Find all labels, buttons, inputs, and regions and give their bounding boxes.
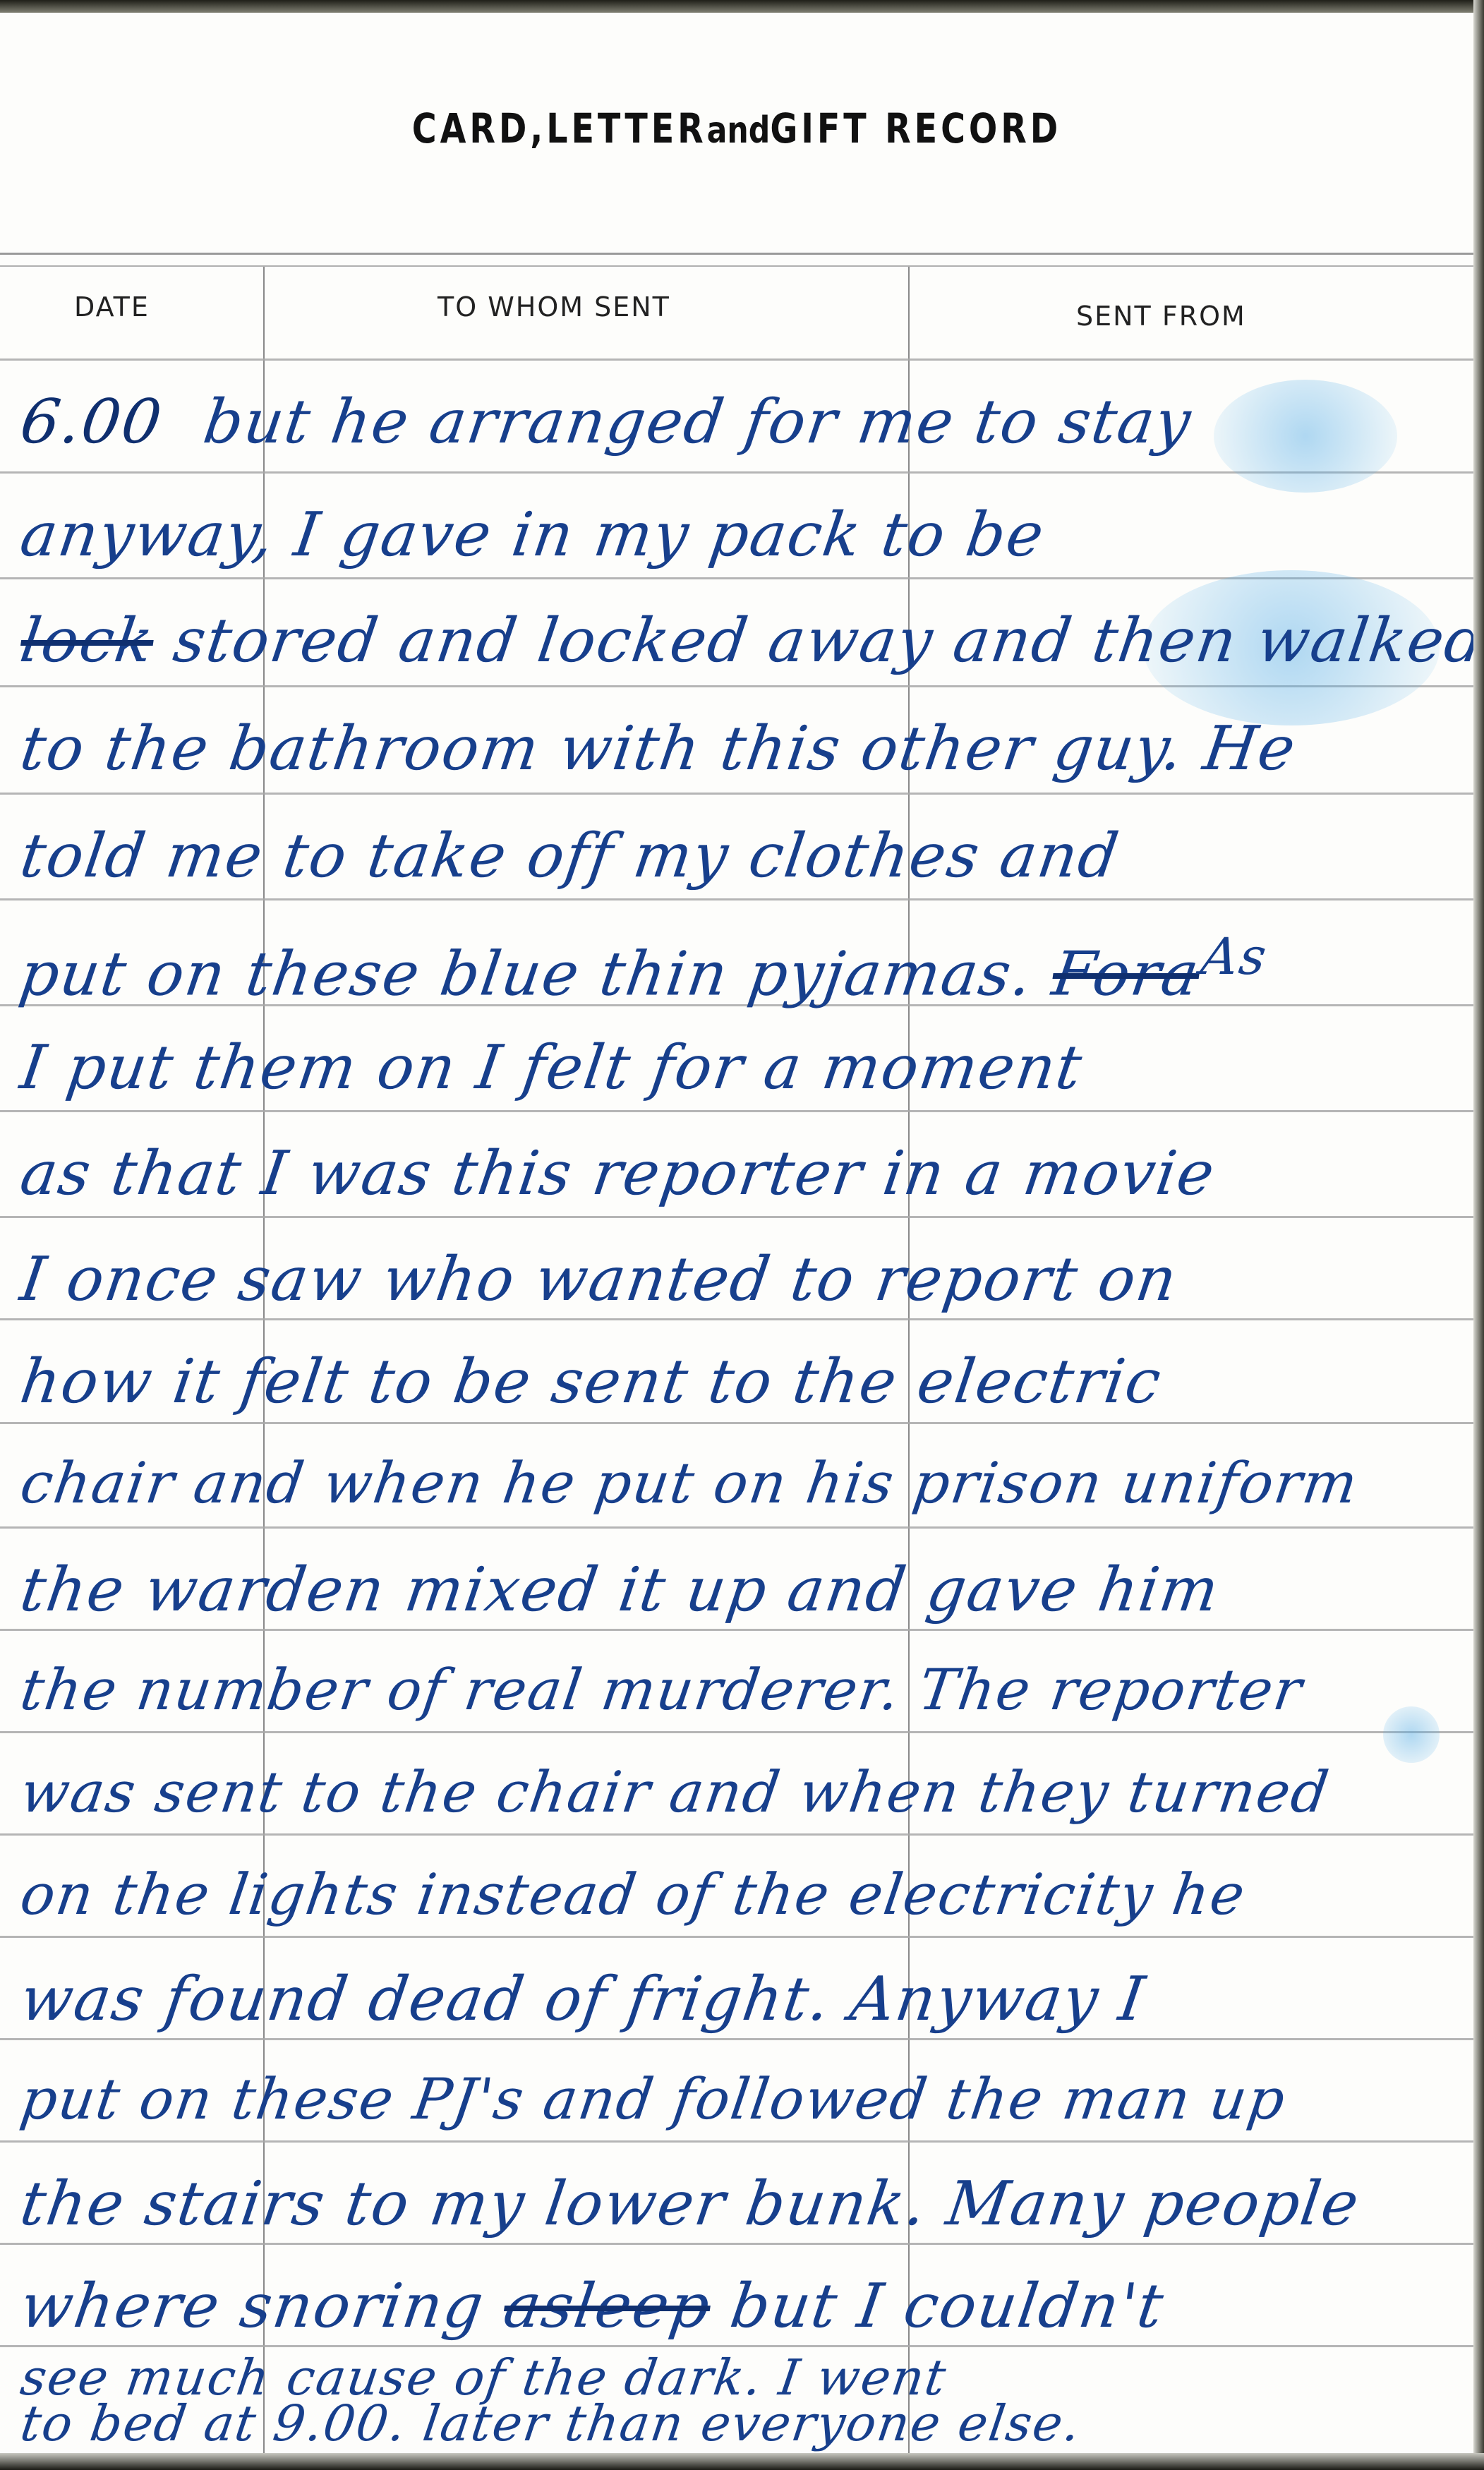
line-text: on the lights instead of the electricity…: [16, 1862, 1250, 1927]
ruled-line: [0, 2345, 1473, 2347]
ruled-line: [0, 1110, 1473, 1112]
ruled-line: [0, 2038, 1473, 2040]
line-text: told me to take off my clothes and: [16, 821, 1124, 891]
line-text: the warden mixed it up and gave him: [16, 1555, 1224, 1625]
handwritten-line-7: I put them on I felt for a moment: [16, 1032, 1466, 1103]
page-top-edge-shadow: [0, 0, 1484, 14]
line-text: where snoring: [16, 2271, 489, 2342]
line-text: stored and locked away and then walked: [169, 606, 1473, 676]
column-header-to-whom-sent: TO WHOM SENT: [438, 291, 670, 323]
line-text: to the bathroom with this other guy. He: [16, 713, 1301, 784]
handwritten-line-8: as that I was this reporter in a movie: [16, 1138, 1466, 1209]
struck-word: Fora: [1048, 939, 1204, 1010]
ruled-line: [0, 1936, 1473, 1938]
handwritten-line-9: I once saw who wanted to report on: [16, 1244, 1466, 1315]
title-and: and: [707, 109, 771, 152]
page-bottom-edge-shadow: [0, 2453, 1484, 2470]
handwritten-line-3: lock stored and locked away and then wal…: [16, 606, 1466, 676]
handwritten-line-21: to bed at 9.00. later than everyone else…: [17, 2394, 1465, 2452]
handwritten-line-15: on the lights instead of the electricity…: [16, 1862, 1465, 1927]
line-text: the stairs to my lower bunk. Many people: [16, 2169, 1364, 2239]
ruled-line: [0, 1318, 1473, 1320]
line-text: chair and when he put on his prison unif…: [16, 1450, 1363, 1516]
handwritten-line-5: told me to take off my clothes and: [16, 821, 1466, 891]
ruled-line: [0, 1422, 1473, 1424]
handwritten-line-1: 6.00but he arranged for me to stay: [16, 387, 1466, 457]
line-text: but he arranged for me to stay: [199, 387, 1196, 457]
line-text: was found dead of fright. Anyway I: [16, 1964, 1150, 2035]
header-rule-top: [0, 253, 1473, 255]
handwritten-line-18: the stairs to my lower bunk. Many people: [16, 2169, 1466, 2239]
handwritten-line-10: how it felt to be sent to the electric: [16, 1347, 1466, 1417]
handwritten-line-17: put on these PJ's and followed the man u…: [16, 2066, 1465, 2132]
column-header-sent-from: SENT FROM: [1076, 301, 1246, 332]
column-header-date: DATE: [74, 291, 150, 323]
header-rule-top-secondary: [0, 265, 1473, 267]
handwritten-line-13: the number of real murderer. The reporte…: [16, 1657, 1465, 1723]
line-text: put on these blue thin pyjamas.: [16, 939, 1037, 1010]
ruled-line: [0, 1833, 1473, 1836]
line-text: anyway, I gave in my pack to be: [16, 500, 1049, 570]
line-text: put on these PJ's and followed the man u…: [16, 2066, 1290, 2132]
ruled-line: [0, 1731, 1473, 1733]
ruled-line: [0, 1526, 1473, 1529]
ruled-line: [0, 1629, 1473, 1631]
record-page: CARD,LETTERandGIFT RECORD DATE TO WHOM S…: [0, 13, 1473, 2454]
handwritten-line-4: to the bathroom with this other guy. He: [16, 713, 1466, 784]
line-text: as that I was this reporter in a movie: [16, 1138, 1220, 1209]
line-text: I put them on I felt for a moment: [16, 1032, 1087, 1103]
handwritten-line-19: where snoring asleep but I couldn't: [16, 2271, 1466, 2342]
line-text: I once saw who wanted to report on: [16, 1244, 1182, 1315]
page-right-edge-shadow: [1473, 0, 1484, 2470]
handwritten-line-14: was sent to the chair and when they turn…: [16, 1759, 1465, 1825]
ruled-line: [0, 359, 1473, 361]
line-text: to bed at 9.00. later than everyone else…: [17, 2394, 1085, 2452]
line-text: how it felt to be sent to the electric: [16, 1347, 1166, 1417]
handwritten-line-16: was found dead of fright. Anyway I: [16, 1964, 1466, 2035]
ruled-line: [0, 1216, 1473, 1218]
ruled-line: [0, 898, 1473, 900]
line-text: was sent to the chair and when they turn…: [16, 1759, 1333, 1825]
page-title: CARD,LETTERandGIFT RECORD: [133, 104, 1341, 152]
inserted-word: As: [1198, 927, 1271, 986]
title-part-2: GIFT RECORD: [770, 104, 1061, 152]
entry-date: 6.00: [16, 387, 167, 457]
line-text: the number of real murderer. The reporte…: [16, 1657, 1307, 1723]
handwritten-line-11: chair and when he put on his prison unif…: [16, 1450, 1465, 1516]
struck-word: lock: [16, 606, 159, 676]
ruled-line: [0, 2140, 1473, 2143]
handwritten-line-6: put on these blue thin pyjamas. ForaAs: [16, 927, 1467, 1010]
line-text: but I couldn't: [726, 2271, 1169, 2342]
title-part-1: CARD,LETTER: [412, 104, 707, 152]
ruled-line: [0, 793, 1473, 795]
handwritten-line-2: anyway, I gave in my pack to be: [16, 500, 1466, 570]
handwritten-line-12: the warden mixed it up and gave him: [16, 1555, 1466, 1625]
struck-word: asleep: [500, 2271, 716, 2342]
ruled-line: [0, 2243, 1473, 2245]
